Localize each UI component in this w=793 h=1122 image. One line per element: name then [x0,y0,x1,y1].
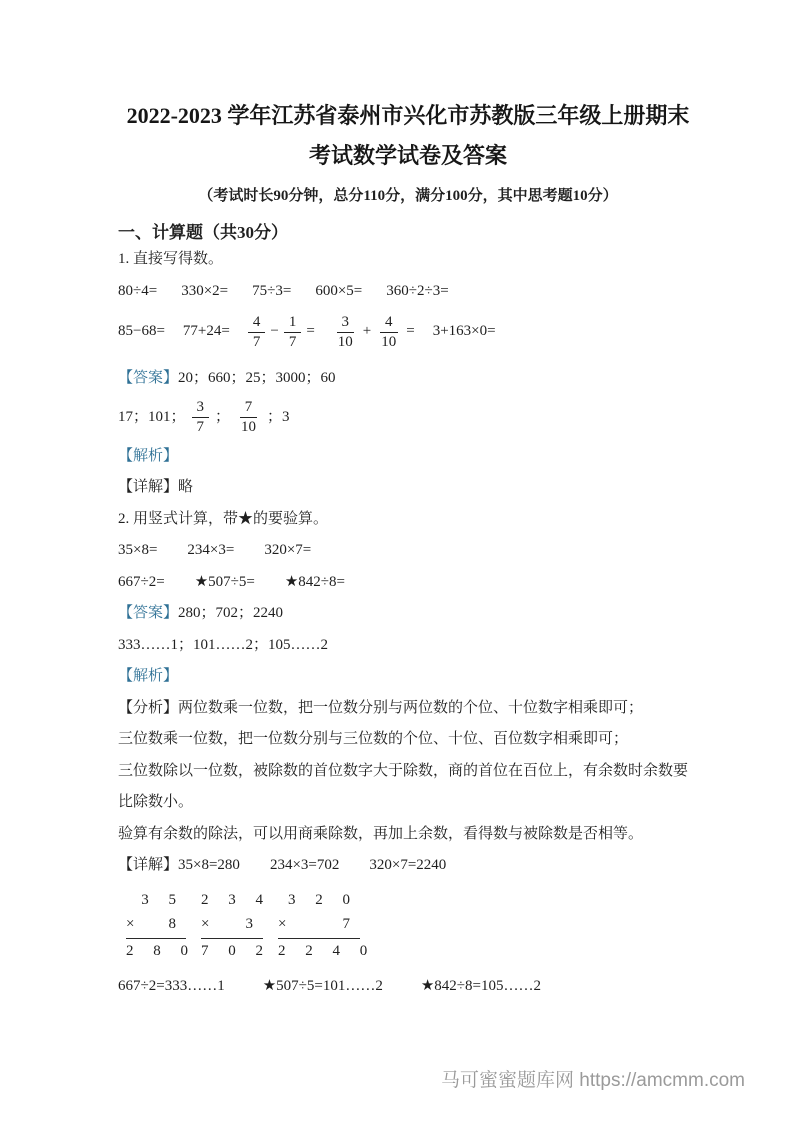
q2-analysis-paragraph-3: 三位数除以一位数，被除数的首位数字大于除数，商的首位在百位上，有余数时余数要比除… [118,756,698,819]
product: 2 2 4 0 [278,939,360,963]
q2-analysis-paragraph-1: 【分析】两位数乘一位数，把一位数分别与两位数的个位、十位数字相乘即可； [118,693,698,725]
fraction: 1 7 [284,313,302,352]
separator: ； [215,408,230,428]
answer-values: 17；101； [118,408,186,428]
q1-equation-row-1: 80÷4= 330×2= 75÷3= 600×5= 360÷2÷3= [118,276,698,308]
product: 7 0 2 [201,939,263,963]
fraction: 4 7 [248,313,266,352]
fraction-equation: 3 10 + 4 10 = [333,313,415,352]
equation: 77+24= [183,322,230,342]
fraction: 7 10 [236,398,261,437]
exam-info-line: （考试时长90分钟，总分110分，满分100分，其中思考题10分） [118,186,698,206]
fraction-denominator: 10 [376,333,401,352]
equation: 80÷4= [118,276,157,308]
fraction-numerator: 7 [240,398,258,418]
multiply-sign: × [278,912,286,936]
q1-analysis-label-line: 【解析】 [118,441,698,473]
section-1-heading: 一、计算题（共30分） [118,222,698,244]
q2-answer-remainders: 333……1；101……2；105……2 [118,630,698,662]
q2-detail-line: 【详解】35×8=280234×3=702320×7=2240 [118,850,698,882]
q1-answer-line: 【答案】20；660；25；3000；60 [118,363,698,395]
equation: 234×3= [187,535,234,567]
site-footer: 马可蜜蜜题库网 https://amcmm.com [0,1065,745,1092]
exam-document-page: 2022-2023 学年江苏省泰州市兴化市苏教版三年级上册期末 考试数学试卷及答… [0,0,793,1122]
multiplicand: 3 5 [126,888,186,912]
answer-values: 280；702；2240 [178,605,283,621]
multiplier-row: × 7 [278,912,360,939]
equation: 320×7= [264,535,311,567]
fraction: 3 10 [333,313,358,352]
title-line-2: 考试数学试卷及答案 [118,136,698,176]
vertical-multiplication-2: 2 3 4 × 3 7 0 2 [201,888,263,963]
equation: 85−68= [118,322,165,342]
equals-sign: = [406,322,414,342]
q2-prompt: 2. 用竖式计算，带★的要验算。 [118,504,698,536]
q2-analysis-paragraph-4: 验算有余数的除法，可以用商乘除数，再加上余数，看得数与被除数是否相等。 [118,819,698,851]
q1-prompt: 1. 直接写得数。 [118,244,698,276]
equation: 360÷2÷3= [386,276,448,308]
equation: ★842÷8=105……2 [421,971,541,1003]
equation: 330×2= [181,276,228,308]
q1-detail-line: 【详解】略 [118,472,698,504]
detail-text: 略 [178,479,193,495]
multiplier-row: × 3 [201,912,263,939]
fraction-denominator: 7 [248,333,266,352]
detail-equation: 35×8=280 [178,857,240,873]
fraction-numerator: 4 [248,313,266,333]
detail-label: 【详解】 [118,479,178,495]
multiplier: 8 [169,912,185,936]
operator: + [363,322,371,342]
analysis-label: 【解析】 [118,668,178,684]
equation: ★507÷5= [195,567,255,599]
multiplicand: 3 2 0 [278,888,360,912]
title-line-1: 2022-2023 学年江苏省泰州市兴化市苏教版三年级上册期末 [118,96,698,136]
detail-label: 【详解】 [118,857,178,873]
multiplier: 3 [246,912,262,936]
multiply-sign: × [201,912,209,936]
equals-sign: = [306,322,314,342]
multiply-sign: × [126,912,134,936]
equation: 600×5= [315,276,362,308]
multiplier: 7 [343,912,359,936]
equation: 667÷2=333……1 [118,971,225,1003]
answer-label: 【答案】 [118,605,178,621]
q2-equation-row-1: 35×8= 234×3= 320×7= [118,535,698,567]
q2-equation-row-2: 667÷2= ★507÷5= ★842÷8= [118,567,698,599]
fraction-numerator: 4 [380,313,398,333]
equation: ★842÷8= [285,567,345,599]
equation: 667÷2= [118,567,165,599]
fraction-numerator: 1 [284,313,302,333]
fraction-denominator: 7 [192,418,210,437]
q2-analysis-paragraph-2: 三位数乘一位数，把一位数分别与三位数的个位、十位、百位数字相乘即可； [118,724,698,756]
q2-analysis-label-line: 【解析】 [118,661,698,693]
answer-label: 【答案】 [118,370,178,386]
multiplier-row: × 8 [126,912,186,939]
fraction-denominator: 7 [284,333,302,352]
vertical-multiplication-1: 3 5 × 8 2 8 0 [126,888,186,963]
q1-equation-row-2: 85−68= 77+24= 4 7 − 1 7 = 3 10 + [118,307,698,357]
fraction: 4 10 [376,313,401,352]
equation: ★507÷5=101……2 [263,971,383,1003]
vertical-multiplication-3: 3 2 0 × 7 2 2 4 0 [278,888,360,963]
answer-values: ；3 [267,408,290,428]
fraction-denominator: 10 [333,333,358,352]
equation: 35×8= [118,535,157,567]
fraction-denominator: 10 [236,418,261,437]
fraction-numerator: 3 [337,313,355,333]
document-body: 2022-2023 学年江苏省泰州市兴化市苏教版三年级上册期末 考试数学试卷及答… [118,96,698,1002]
analysis-label: 【解析】 [118,448,178,464]
answer-values: 20；660；25；3000；60 [178,370,336,386]
operator: − [270,322,278,342]
product: 2 8 0 [126,939,186,963]
fraction-equation: 4 7 − 1 7 = [248,313,315,352]
q2-division-results-row: 667÷2=333……1 ★507÷5=101……2 ★842÷8=105……2 [118,971,698,1003]
equation: 75÷3= [252,276,291,308]
fraction: 3 7 [192,398,210,437]
q2-answer-line: 【答案】280；702；2240 [118,598,698,630]
fraction-numerator: 3 [192,398,210,418]
detail-equation: 234×3=702 [270,857,339,873]
q1-answer-fraction-line: 17；101； 3 7 ； 7 10 ；3 [118,395,698,441]
vertical-calculations: 3 5 × 8 2 8 0 2 3 4 × 3 7 0 2 3 2 0 × [126,888,698,963]
multiplicand: 2 3 4 [201,888,263,912]
document-title: 2022-2023 学年江苏省泰州市兴化市苏教版三年级上册期末 考试数学试卷及答… [118,96,698,176]
detail-equation: 320×7=2240 [369,857,446,873]
equation: 3+163×0= [433,322,496,342]
